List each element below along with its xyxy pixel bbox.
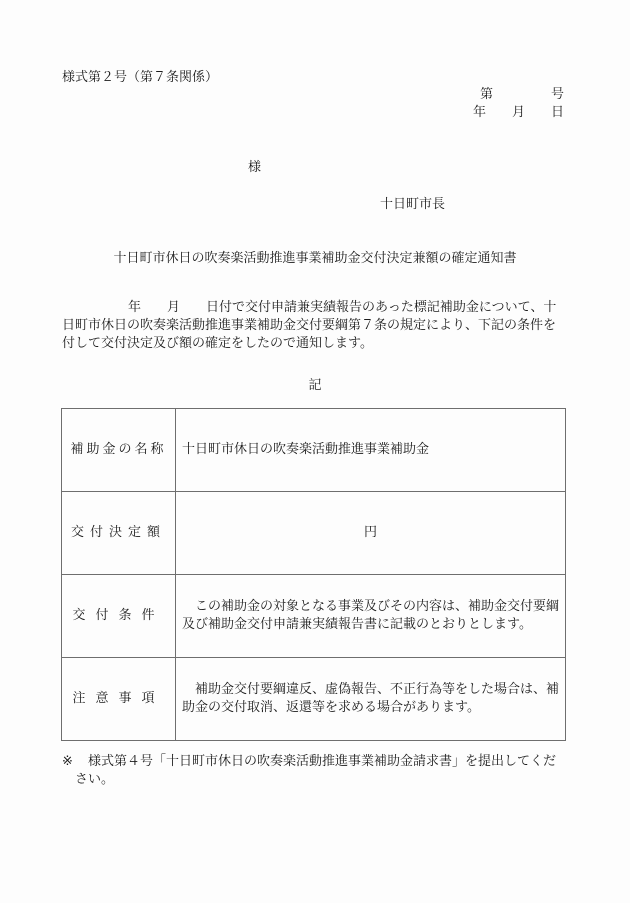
reference-mark-icon: ※ [62,753,88,771]
document-title: 十日町市休日の吹奏楽活動推進事業補助金交付決定兼額の確定通知書 [0,247,630,266]
conditions-line-2: 及び補助金交付申請兼実績報告書に記載のとおりとします。 [182,616,559,634]
ki-heading: 記 [0,374,630,393]
value-notes: 補助金交付要綱違反、虚偽報告、不正行為等をした場合は、補 助金の交付取消、返還等… [176,658,566,741]
document-date: 年月日 [473,101,564,120]
footnote: ※様式第４号「十日町市休日の吹奏楽活動推進事業補助金請求書」を提出してくだ さい… [62,753,567,789]
addressee-honorific: 様 [248,156,261,175]
label-decided-amount: 交付決定額 [62,492,176,575]
date-day: 日 [551,105,564,120]
document-number: 第号 [480,83,564,102]
date-month: 月 [512,105,525,120]
value-decided-amount: 円 [176,492,566,575]
table-row: 補助金の名称 十日町市休日の吹奏楽活動推進事業補助金 [62,409,566,492]
sender-name: 十日町市長 [380,193,445,212]
form-number: 様式第２号（第７条関係） [62,66,218,85]
label-notes: 注意事項 [62,658,176,741]
doc-number-prefix: 第 [480,83,493,102]
conditions-line-1: この補助金の対象となる事業及びその内容は、補助金交付要綱 [182,598,559,616]
grant-info-table: 補助金の名称 十日町市休日の吹奏楽活動推進事業補助金 交付決定額 円 交付条件 … [61,408,566,741]
body-line-2: 日町市休日の吹奏楽活動推進事業補助金交付要綱第７条の規定により、下記の条件を [62,317,567,335]
table-row: 交付決定額 円 [62,492,566,575]
footnote-line-1: 様式第４号「十日町市休日の吹奏楽活動推進事業補助金請求書」を提出してくだ [88,754,556,769]
body-line-1: 年 月 日付で交付申請兼実績報告のあった標記補助金について、十 [62,299,567,317]
body-line-3: 付して交付決定及び額の確定をしたので通知します。 [62,335,567,353]
notes-line-2: 助金の交付取消、返還等を求める場合があります。 [182,699,559,717]
label-grant-name: 補助金の名称 [62,409,176,492]
doc-number-suffix: 号 [551,83,564,102]
table-row: 注意事項 補助金交付要綱違反、虚偽報告、不正行為等をした場合は、補 助金の交付取… [62,658,566,741]
notes-line-1: 補助金交付要綱違反、虚偽報告、不正行為等をした場合は、補 [182,681,559,699]
table-row: 交付条件 この補助金の対象となる事業及びその内容は、補助金交付要綱 及び補助金交… [62,575,566,658]
date-year: 年 [473,105,486,120]
footnote-line-2: さい。 [62,771,567,789]
label-grant-conditions: 交付条件 [62,575,176,658]
value-grant-name: 十日町市休日の吹奏楽活動推進事業補助金 [176,409,566,492]
value-grant-conditions: この補助金の対象となる事業及びその内容は、補助金交付要綱 及び補助金交付申請兼実… [176,575,566,658]
body-paragraph: 年 月 日付で交付申請兼実績報告のあった標記補助金について、十 日町市休日の吹奏… [62,299,567,353]
